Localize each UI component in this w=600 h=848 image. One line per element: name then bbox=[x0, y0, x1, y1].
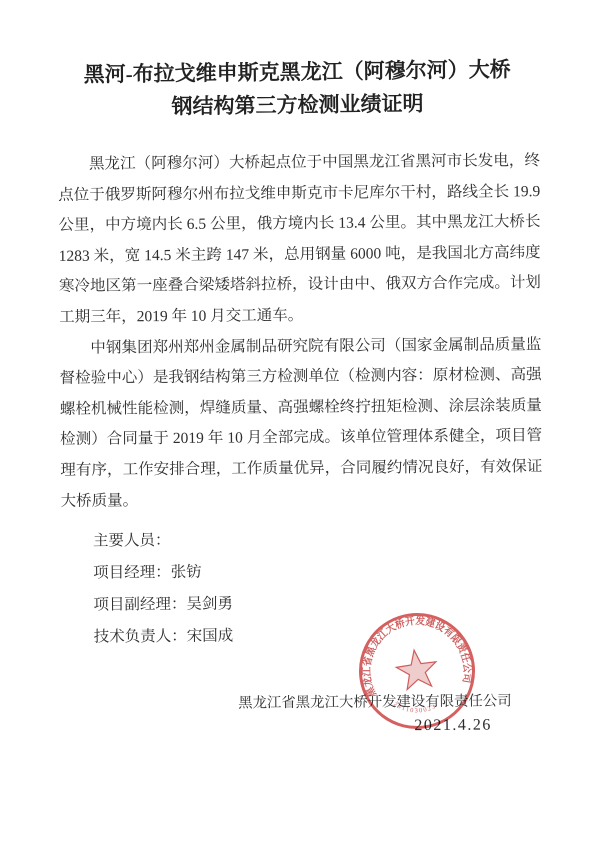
scanned-certificate-page: 黑河-布拉戈维申斯克黑龙江（阿穆尔河）大桥 钢结构第三方检测业绩证明 黑龙江（阿… bbox=[0, 0, 600, 848]
signature-company-name: 黑龙江省黑龙江大桥开发建设有限责任公司 bbox=[2, 691, 600, 716]
personnel-heading: 主要人员： bbox=[93, 522, 543, 558]
title-line-2: 钢结构第三方检测业绩证明 bbox=[35, 86, 559, 125]
document-title: 黑河-布拉戈维申斯克黑龙江（阿穆尔河）大桥 钢结构第三方检测业绩证明 bbox=[35, 53, 560, 125]
title-line-1: 黑河-布拉戈维申斯克黑龙江（阿穆尔河）大桥 bbox=[35, 53, 559, 92]
signature-date: 2021.4.26 bbox=[2, 715, 600, 740]
personnel-section: 主要人员： 项目经理：张钫 项目副经理：吴剑勇 技术负责人：宋国成 bbox=[93, 522, 544, 654]
personnel-item-deputy-manager: 项目副经理：吴剑勇 bbox=[93, 586, 543, 622]
paragraph-bridge-overview: 黑龙江（阿穆尔河）大桥起点位于中国黑龙江省黑河市长发电，终点位于俄罗斯阿穆尔州布… bbox=[58, 146, 541, 333]
paragraph-inspection-unit: 中钢集团郑州郑州金属制品研究院有限公司（国家金属制品质量监督检验中心）是我钢结构… bbox=[59, 330, 542, 517]
document-body: 黑龙江（阿穆尔河）大桥起点位于中国黑龙江省黑河市长发电，终点位于俄罗斯阿穆尔州布… bbox=[58, 146, 543, 517]
personnel-item-project-manager: 项目经理：张钫 bbox=[93, 554, 543, 590]
certificate-document: 黑河-布拉戈维申斯克黑龙江（阿穆尔河）大桥 钢结构第三方检测业绩证明 黑龙江（阿… bbox=[0, 0, 600, 848]
personnel-item-technical-lead: 技术负责人：宋国成 bbox=[94, 618, 544, 654]
